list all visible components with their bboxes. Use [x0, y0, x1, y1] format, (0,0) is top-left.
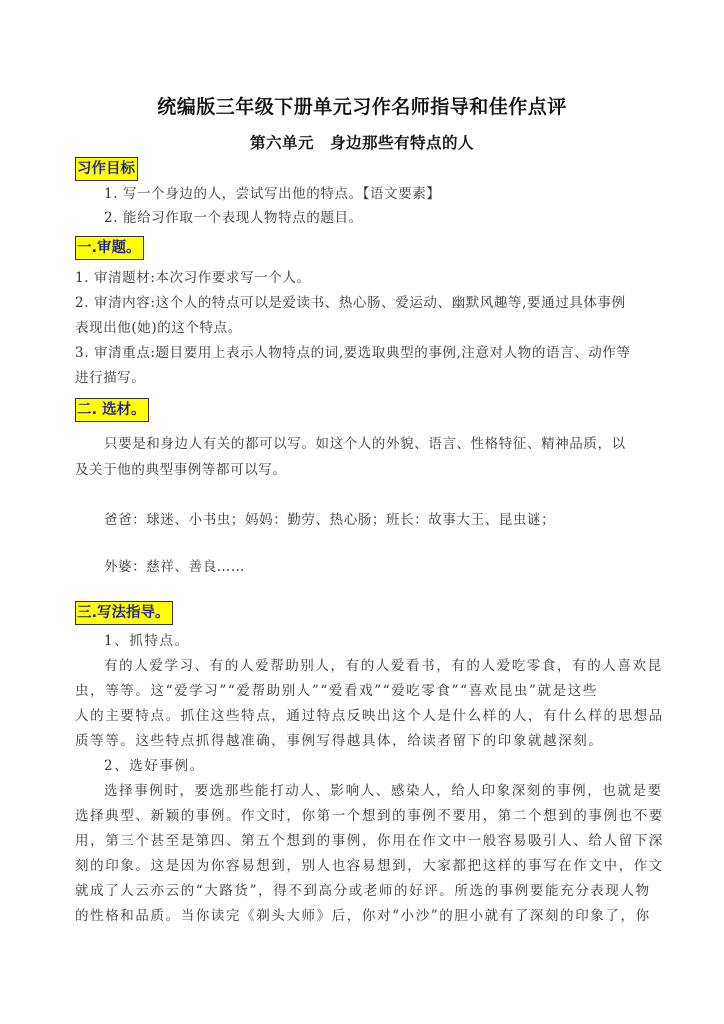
point-1-heading: 1、抓特点。	[104, 631, 190, 651]
section-2-label: 二. 选材。	[75, 398, 149, 422]
document-page: 统编版三年级下册单元习作名师指导和佳作点评 第六单元身边那些有特点的人 习作目标…	[0, 0, 724, 1024]
section-2-example: 爸爸：球迷、小书虫；妈妈：勤劳、热心肠；班长：故事大王、昆虫谜；	[104, 510, 555, 530]
goal-item: 1. 写一个身边的人，尝试写出他的特点。【语文要素】	[104, 184, 441, 204]
point-2-line: 选择典型、新颖的事例。作文时，你第一个想到的事例不要用，第二个想到的事例也不要	[75, 806, 664, 826]
subtitle-unit: 第六单元	[250, 134, 314, 152]
section-1-line: 1. 审清题材:本次习作要求写一个人。	[75, 268, 311, 288]
point-1-line: 质等等。这些特点抓得越准确，事例写得越具体，给读者留下的印象就越深刻。	[75, 731, 604, 751]
point-1-line: 虫，等等。这“爱学习”“爱帮助别人”“爱看戏”“爱吃零食”“喜欢昆虫”就是这些	[75, 681, 598, 701]
point-2-heading: 2、选好事例。	[104, 756, 205, 776]
section-2-line: 只要是和身边人有关的都可以写。如这个人的外貌、语言、性格特征、精神品质，以	[104, 434, 626, 454]
section-2-example: 外婆：慈祥、善良……	[104, 557, 245, 577]
point-2-line: 就成了人云亦云的“大路货”，得不到高分或老师的好评。所选的事例要能充分表现人物	[75, 881, 651, 901]
section-1-line: 2. 审清内容:这个人的特点可以是爱读书、热心肠、爱运动、幽默风趣等,要通过具体…	[75, 293, 626, 313]
section-1-label: 一.审题。	[75, 236, 144, 260]
section-2-line: 及关于他的典型事例等都可以写。	[75, 460, 287, 480]
point-2-line: 用，第三个甚至是第四、第五个想到的事例，你用在作文中一般容易吸引人、给人留下深	[75, 831, 664, 851]
goals-label: 习作目标	[75, 157, 138, 181]
point-2-line: 的性格和品质。当你读完《剃头大师》后，你对“小沙”的胆小就有了深刻的印象了，你	[75, 906, 651, 926]
section-1-line: 3. 审清重点:题目要用上表示人物特点的词,要选取典型的事例,注意对人物的语言、…	[75, 343, 631, 363]
section-3-label: 三.写法指导。	[75, 601, 173, 625]
point-1-line: 人的主要特点。抓住这些特点，通过特点反映出这个人是什么样的人，有什么样的思想品	[75, 706, 664, 726]
subtitle-topic: 身边那些有特点的人	[330, 134, 474, 152]
section-1-line: 进行描写。	[75, 368, 146, 388]
document-subtitle: 第六单元身边那些有特点的人	[0, 131, 724, 153]
document-title: 统编版三年级下册单元习作名师指导和佳作点评	[0, 92, 724, 119]
point-2-line: 刻的印象。这是因为你容易想到，别人也容易想到，大家都把这样的事写在作文中，作文	[75, 856, 664, 876]
goal-item: 2. 能给习作取一个表现人物特点的题目。	[104, 208, 363, 228]
point-2-line: 选择事例时，要选那些能打动人、影响人、感染人，给人印象深刻的事例，也就是要	[104, 781, 663, 801]
point-1-line: 有的人爱学习、有的人爱帮助别人，有的人爱看书，有的人爱吃零食，有的人喜欢昆	[104, 656, 663, 676]
section-1-line: 表现出他(她)的这个特点。	[75, 318, 242, 338]
